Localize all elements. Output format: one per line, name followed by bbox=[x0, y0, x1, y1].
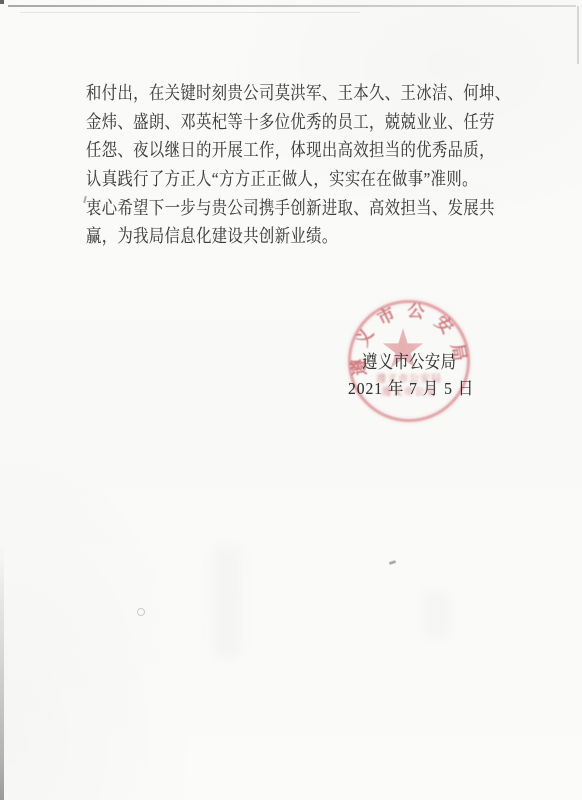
seal-arc-char: 义 bbox=[348, 323, 378, 350]
body-line: 赢，为我局信息化建设共创新业绩。 bbox=[86, 222, 499, 251]
body-line: 衷心希望下一步与贵公司携手创新进取、高效担当、发展共 bbox=[86, 194, 499, 223]
paper-smudge bbox=[424, 592, 450, 638]
left-edge-shadow bbox=[0, 545, 4, 800]
scanned-letter-page: 和付出，在关键时刻贵公司莫洪军、王本久、王冰洁、何坤、 金炜、盛朗、邓英杞等十多… bbox=[0, 0, 582, 800]
seal-blurred-text: 遵义市公安 bbox=[348, 383, 470, 398]
seal-arc-char: 安 bbox=[430, 309, 460, 339]
body-line: 金炜、盛朗、邓英杞等十多位优秀的员工，兢兢业业、任劳 bbox=[86, 108, 499, 137]
dust-speck bbox=[137, 608, 145, 616]
body-line: 和付出，在关键时刻贵公司莫洪军、王本久、王冰洁、何坤、 bbox=[86, 79, 499, 108]
body-line: 任怨、夜以继日的开展工作，体现出高效担当的优秀品质， bbox=[86, 136, 499, 165]
seal-arc-text: 遵 义 市 公 安 局 bbox=[348, 300, 470, 422]
body-line: 认真践行了方正人“方方正正做人，实实在在做事”准则。 bbox=[86, 165, 499, 194]
corner-speck bbox=[0, 0, 4, 4]
paper-smudge bbox=[214, 548, 240, 658]
seal-arc-char: 局 bbox=[446, 341, 474, 362]
official-seal-stamp: 遵 义 市 公 安 局 遵义市公安局 遵义市公安 bbox=[348, 300, 470, 422]
letter-body: 和付出，在关键时刻贵公司莫洪军、王本久、王冰洁、何坤、 金炜、盛朗、邓英杞等十多… bbox=[86, 79, 499, 251]
seal-arc-char: 公 bbox=[406, 296, 426, 323]
scan-edge-line bbox=[8, 5, 576, 7]
seal-arc-char: 市 bbox=[372, 300, 398, 330]
scan-edge-line-faint bbox=[20, 12, 360, 13]
dust-speck bbox=[389, 560, 397, 565]
right-edge-line bbox=[577, 6, 579, 64]
